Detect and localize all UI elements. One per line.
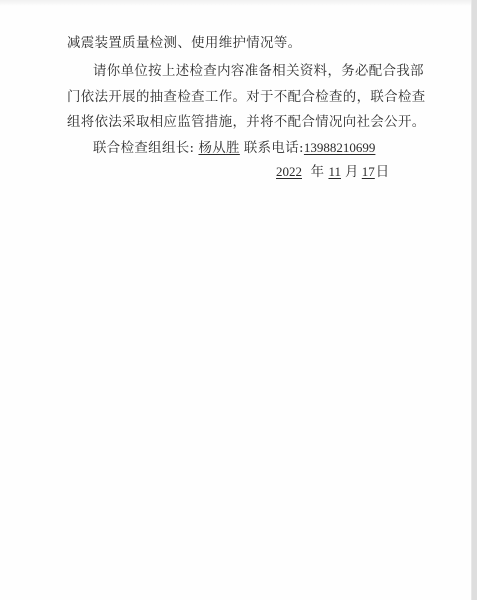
page-top-shadow (0, 0, 472, 6)
date-year: 2022 (272, 164, 306, 179)
text-line-1: 减震装置质量检测、使用维护情况等。 (67, 36, 301, 52)
leader-name: 杨从胜 (194, 141, 243, 156)
date-day: 17 (359, 164, 376, 179)
leader-label: 联合检查组组长: (93, 141, 194, 156)
signature-line: 联合检查组组长:杨从胜联系电话:13988210699 (93, 140, 375, 157)
text-line-2: 请你单位按上述检查内容准备相关资料，务必配合我部 (93, 64, 424, 80)
text-line-3: 门依法开展的抽查检查工作。对于不配合检查的，联合检查 (67, 90, 426, 106)
text-line-4: 组将依法采取相应监管措施，并将不配合情况向社会公开。 (67, 115, 426, 131)
phone-label: 联系电话: (244, 141, 304, 156)
date-month-label: 月 (345, 165, 359, 180)
vertical-scrollbar[interactable] (471, 0, 477, 600)
phone-number: 13988210699 (304, 140, 376, 155)
date-month: 11 (324, 164, 345, 179)
date-day-label: 日 (376, 165, 390, 180)
date-year-label: 年 (311, 165, 325, 180)
date-line: 2022 年11月17日 (272, 164, 390, 181)
document-page: 减震装置质量检测、使用维护情况等。 请你单位按上述检查内容准备相关资料，务必配合… (0, 0, 472, 600)
